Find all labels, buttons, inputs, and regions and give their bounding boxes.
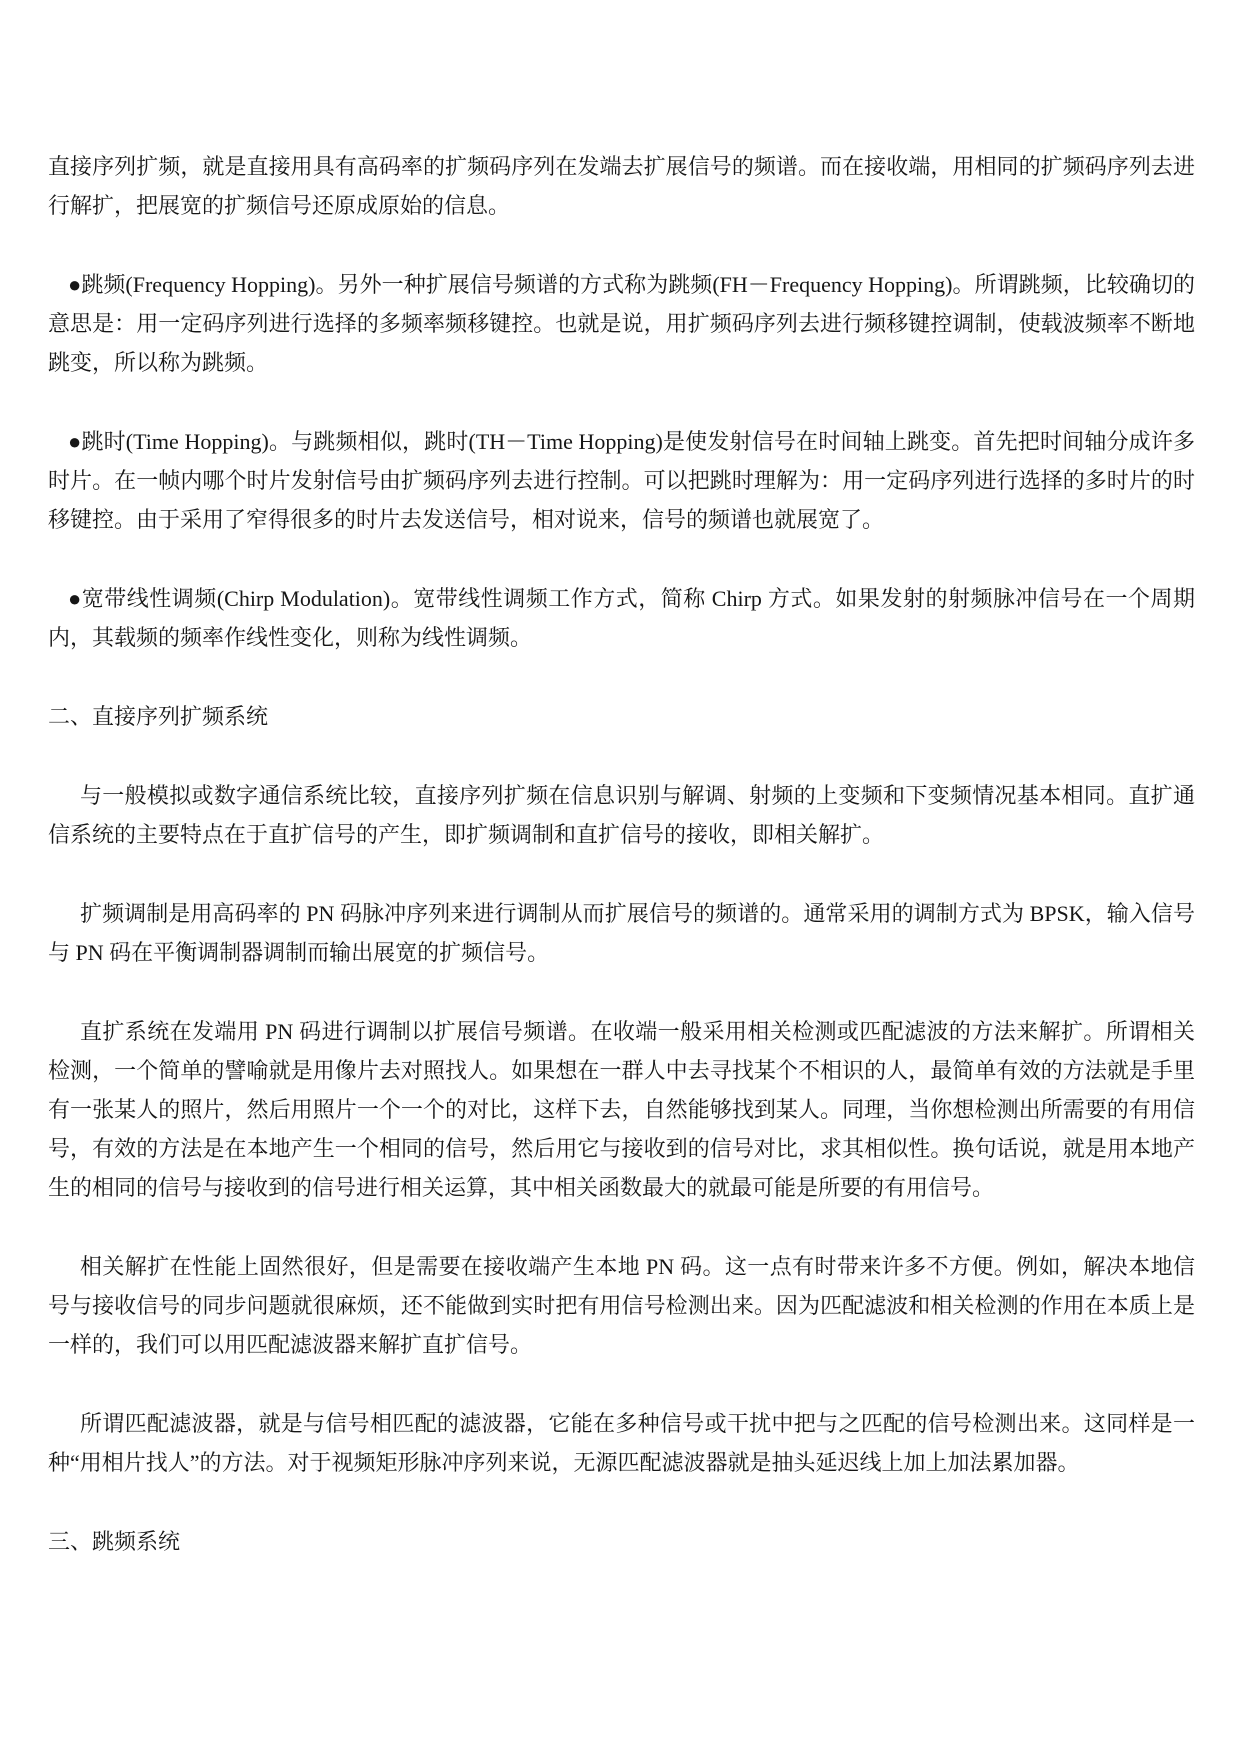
document-page: 直接序列扩频，就是直接用具有高码率的扩频码序列在发端去扩展信号的频谱。而在接收端… [0, 0, 1241, 1754]
paragraph-correlation-despread: 相关解扩在性能上固然很好，但是需要在接收端产生本地 PN 码。这一点有时带来许多… [48, 1247, 1195, 1364]
section-heading-3: 三、跳频系统 [48, 1522, 1195, 1561]
paragraph-direct-sequence-intro: 直接序列扩频，就是直接用具有高码率的扩频码序列在发端去扩展信号的频谱。而在接收端… [48, 147, 1195, 225]
paragraph-matched-filter: 所谓匹配滤波器，就是与信号相匹配的滤波器，它能在多种信号或干扰中把与之匹配的信号… [48, 1404, 1195, 1482]
paragraph-spread-modulation: 扩频调制是用高码率的 PN 码脉冲序列来进行调制从而扩展信号的频谱的。通常采用的… [48, 894, 1195, 972]
section-heading-2: 二、直接序列扩频系统 [48, 697, 1195, 736]
paragraph-correlation-detection: 直扩系统在发端用 PN 码进行调制以扩展信号频谱。在收端一般采用相关检测或匹配滤… [48, 1012, 1195, 1207]
bullet-item-time-hopping: ●跳时(Time Hopping)。与跳频相似，跳时(TH－Time Hoppi… [48, 422, 1195, 539]
paragraph-ds-comparison: 与一般模拟或数字通信系统比较，直接序列扩频在信息识别与解调、射频的上变频和下变频… [48, 776, 1195, 854]
bullet-item-frequency-hopping: ●跳频(Frequency Hopping)。另外一种扩展信号频谱的方式称为跳频… [48, 265, 1195, 382]
bullet-item-chirp-modulation: ●宽带线性调频(Chirp Modulation)。宽带线性调频工作方式，简称 … [48, 579, 1195, 657]
